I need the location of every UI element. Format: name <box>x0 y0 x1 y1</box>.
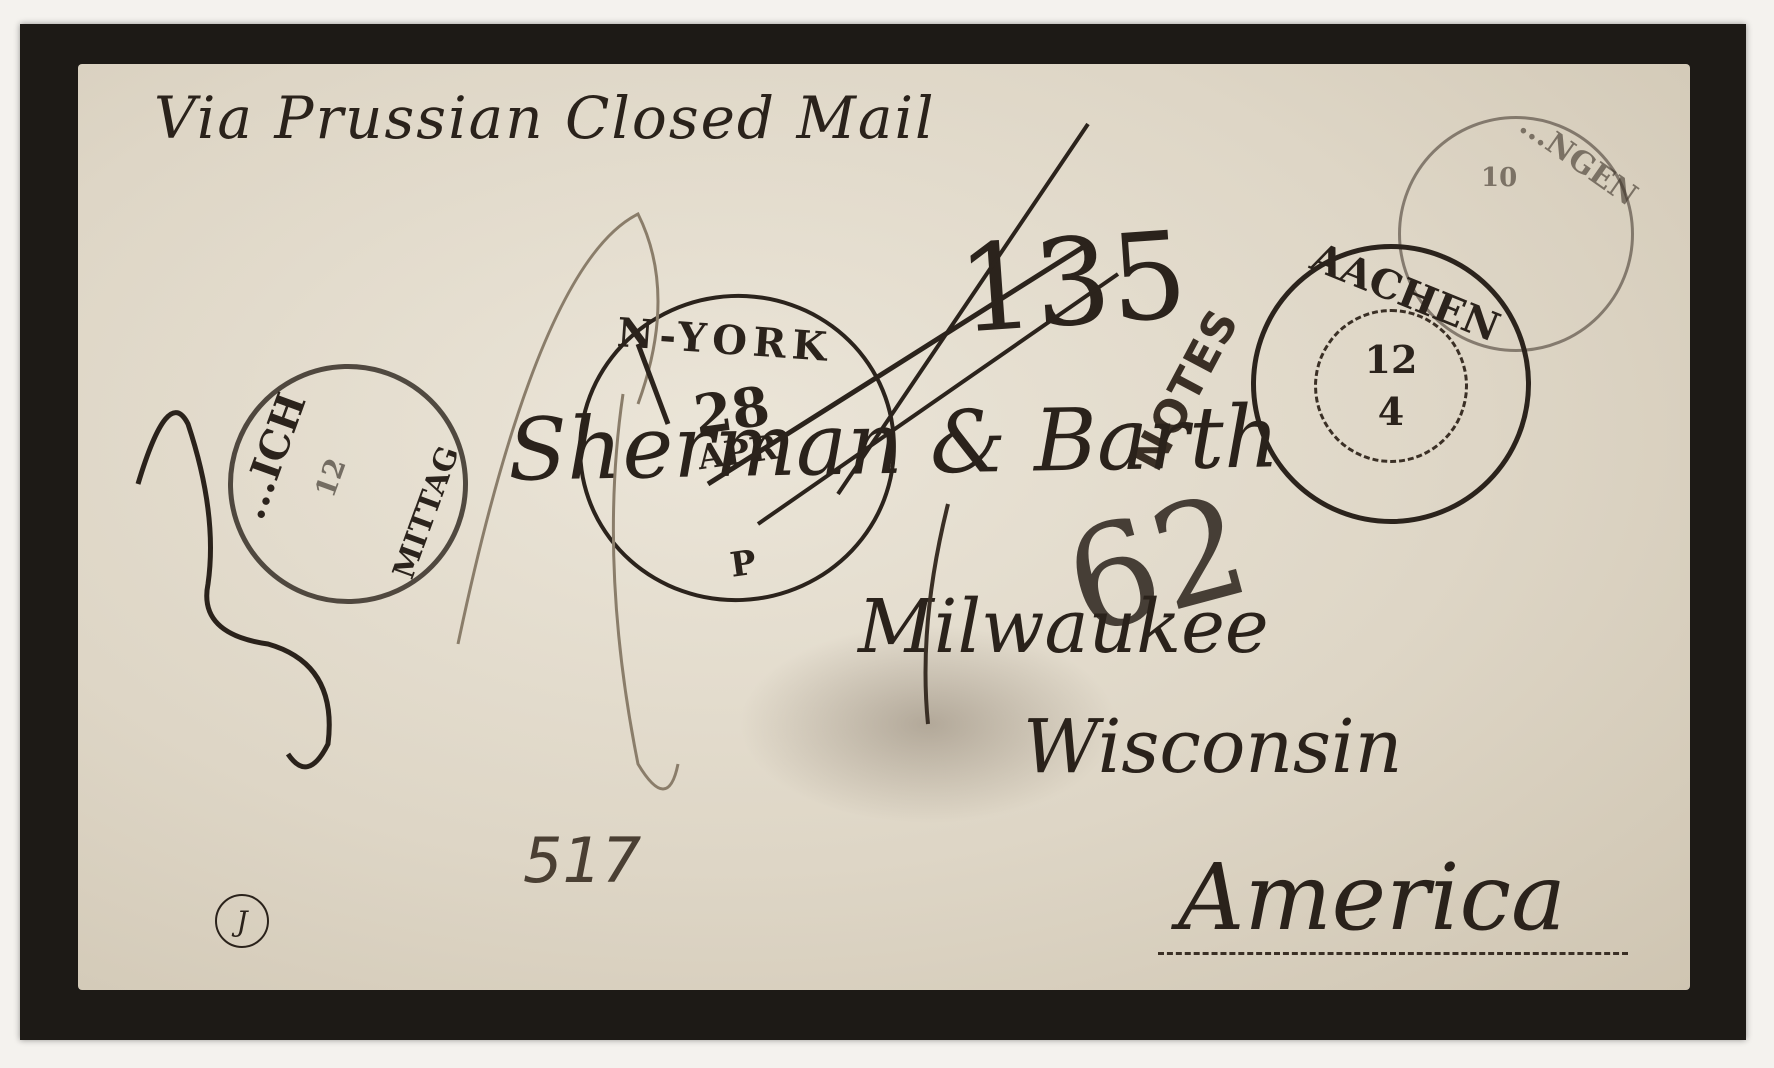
envelope: Via Prussian Closed Mail ...NGEN 10 AACH… <box>78 64 1690 990</box>
pen-strokes <box>78 64 1690 990</box>
